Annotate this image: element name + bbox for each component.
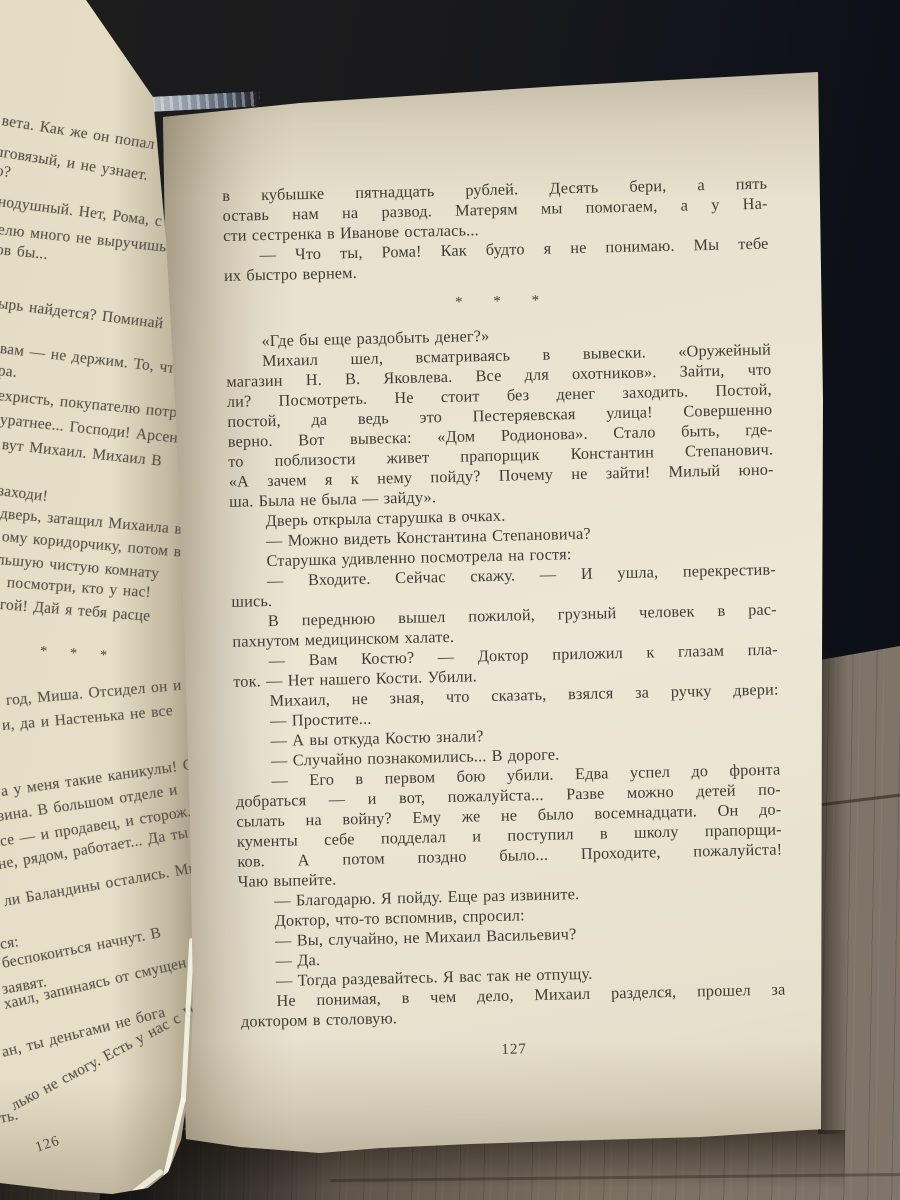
- section-break: * * *: [39, 643, 116, 665]
- book-shadow: [818, 652, 848, 1134]
- left-page-text-fragment: вам — не держим. То, что в: [0, 340, 196, 379]
- book-photo: в кубышке пятнадцать рублей. Десять бери…: [0, 0, 900, 1200]
- left-page-text-fragment: ов бы...: [0, 241, 49, 263]
- left-page-text-fragment: заходи!: [0, 482, 49, 505]
- left-page-text-fragment: о?: [0, 162, 12, 181]
- left-page-text-fragment: лговязый, и не узнает.: [0, 143, 149, 184]
- section-break: * * *: [225, 287, 770, 319]
- left-page-text-fragment: ся:: [0, 933, 20, 953]
- left-page-text-fragment: ра.: [0, 362, 18, 381]
- left-page-text-fragment: гой! Дай я тебя расце: [0, 596, 151, 625]
- right-page-text: в кубышке пятнадцать рублей. Десять бери…: [222, 174, 787, 1065]
- left-page-text-fragment: ырь найдется? Поминай: [0, 295, 164, 332]
